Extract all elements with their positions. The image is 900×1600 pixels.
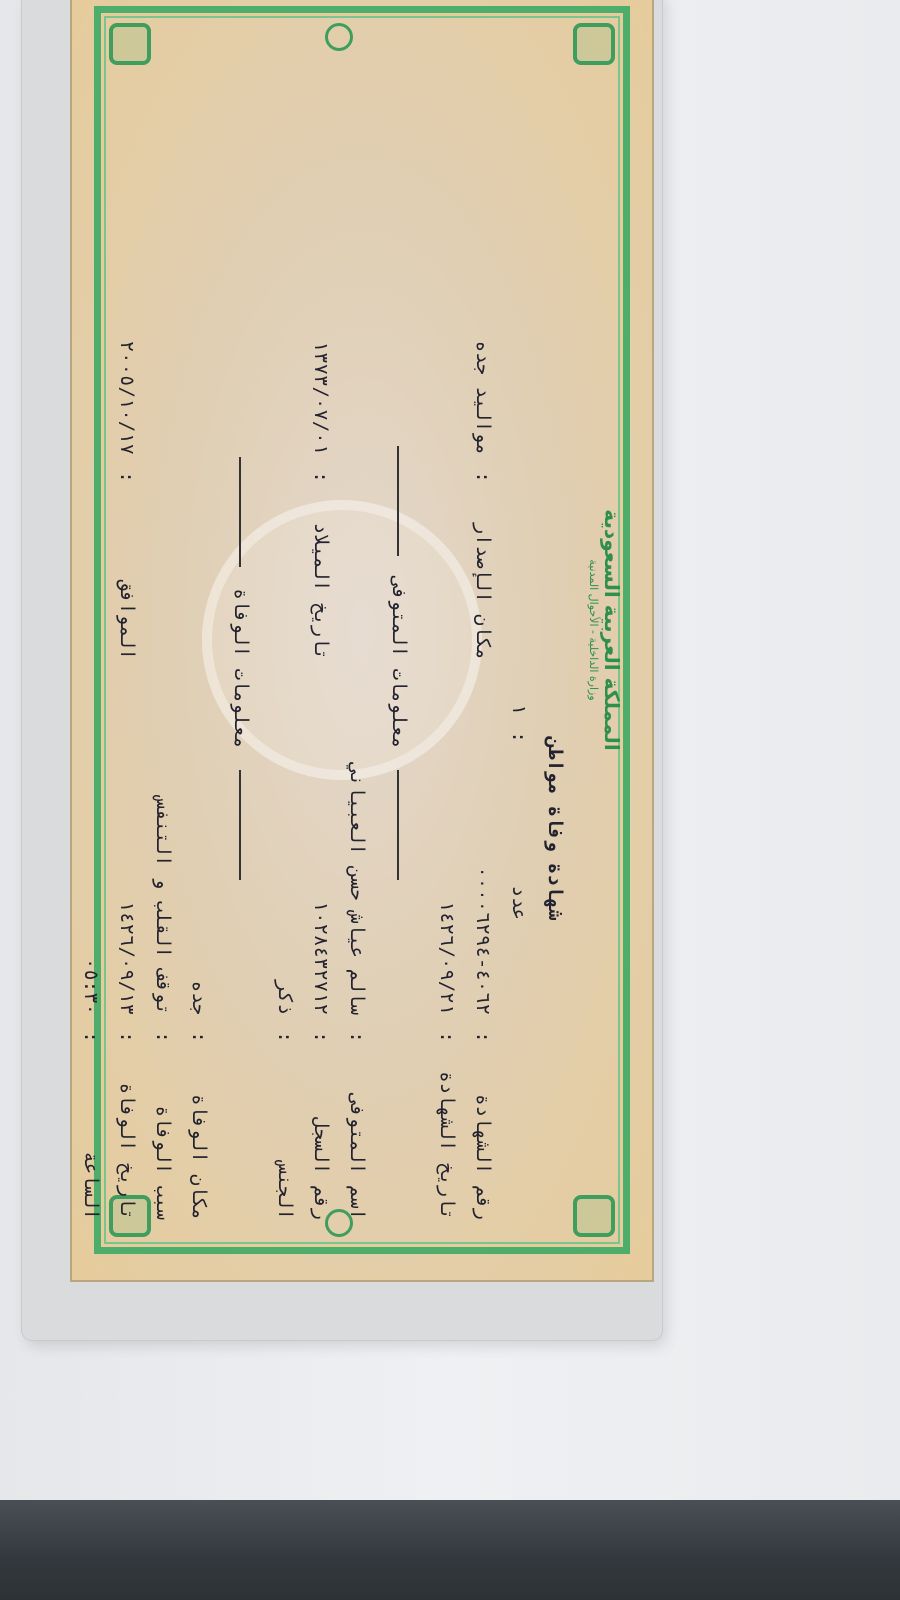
certificate-number-row: رقم الشهادة : ٤٠٦٢-٠٠٠٠٦٢٩٤	[472, 866, 494, 1220]
plastic-sleeve: المملكة العربية السعودية وزارة الداخلية …	[22, 0, 662, 1340]
gregorian-date-value: ٢٠٠٥/١٠/١٧	[116, 341, 138, 455]
time-label: الساعة	[80, 1060, 102, 1220]
certificate-date-label: تاريخ الشهادة	[436, 1060, 458, 1220]
gender-label: الجنس	[274, 1060, 296, 1220]
death-place-label: مكان الوفاة	[188, 1060, 210, 1220]
issue-place-label: مكان الإصدار	[472, 500, 494, 660]
deceased-name-row: اسم المتوفى : سالم عياش حسن العبياني	[346, 763, 368, 1220]
death-date-row: تاريخ الوفاة : ١٤٢٦/٠٩/١٣	[116, 901, 138, 1220]
gregorian-date-row: الموافق : ٢٠٠٥/١٠/١٧	[116, 341, 138, 660]
death-cause-row: سبب الوفاة : توقف القلب و التنفس	[152, 798, 174, 1220]
certificate-number-value: ٤٠٦٢-٠٠٠٠٦٢٩٤	[472, 866, 494, 1015]
count-row: عدد : ١	[508, 704, 530, 920]
count-label: عدد	[508, 760, 530, 920]
birth-date-label: تاريخ الميلاد	[310, 500, 332, 660]
header-line1: المملكة العربية السعودية	[600, 450, 624, 810]
death-date-label: تاريخ الوفاة	[116, 1060, 138, 1220]
certificate-header: المملكة العربية السعودية وزارة الداخلية …	[576, 450, 624, 810]
gregorian-date-label: الموافق	[116, 500, 138, 660]
issue-place-value: مواليد جده	[472, 341, 494, 455]
death-cause-label: سبب الوفاة	[152, 1060, 174, 1220]
divider-line	[398, 770, 400, 880]
dark-surface	[0, 1500, 900, 1600]
gender-row: الجنس : ذكر	[274, 981, 296, 1220]
certificate-content: شهادة وفاة مواطن عدد : ١ رقم الشهادة : ٤…	[112, 40, 582, 1220]
issue-place-row: مكان الإصدار : مواليد جده	[472, 341, 494, 660]
deceased-section-row: معلومات المتوفى	[388, 436, 410, 891]
death-cause-value: توقف القلب و التنفس	[152, 798, 174, 1015]
death-date-value: ١٤٢٦/٠٩/١٣	[116, 901, 138, 1015]
header-line2: وزارة الداخلية - الأحوال المدنية	[587, 450, 600, 810]
record-number-value: ١٠٢٨٤٣٢٧١٢	[310, 901, 332, 1015]
death-place-row: مكان الوفاة : جده	[188, 981, 210, 1220]
certificate-date-value: ١٤٢٦/٠٩/٢١	[436, 901, 458, 1015]
certificate-date-row: تاريخ الشهادة : ١٤٢٦/٠٩/٢١	[436, 901, 458, 1220]
gender-value: ذكر	[274, 981, 296, 1015]
deceased-name-value: سالم عياش حسن العبياني	[346, 763, 368, 1015]
death-section-title: معلومات الوفاة	[230, 588, 252, 748]
divider-line	[240, 457, 242, 567]
divider-line	[398, 446, 400, 556]
certificate-number-label: رقم الشهادة	[472, 1060, 494, 1220]
record-number-row: رقم السجل : ١٠٢٨٤٣٢٧١٢	[310, 901, 332, 1220]
deceased-section-title: معلومات المتوفى	[388, 577, 410, 749]
birth-date-value: ١٣٧٣/٠٧/٠١	[310, 341, 332, 455]
certificate-title: شهادة وفاة مواطن	[544, 737, 566, 920]
deceased-name-label: اسم المتوفى	[346, 1060, 368, 1220]
birth-date-row: تاريخ الميلاد : ١٣٧٣/٠٧/٠١	[310, 341, 332, 660]
divider-line	[240, 770, 242, 880]
time-value: ٠٥:٣٠	[80, 958, 102, 1015]
time-row: الساعة : ٠٥:٣٠	[80, 958, 102, 1220]
record-number-label: رقم السجل	[310, 1060, 332, 1220]
count-value: ١	[508, 704, 530, 715]
death-certificate: المملكة العربية السعودية وزارة الداخلية …	[72, 0, 652, 1280]
death-section-row: معلومات الوفاة	[230, 447, 252, 890]
death-place-value: جده	[188, 981, 210, 1015]
